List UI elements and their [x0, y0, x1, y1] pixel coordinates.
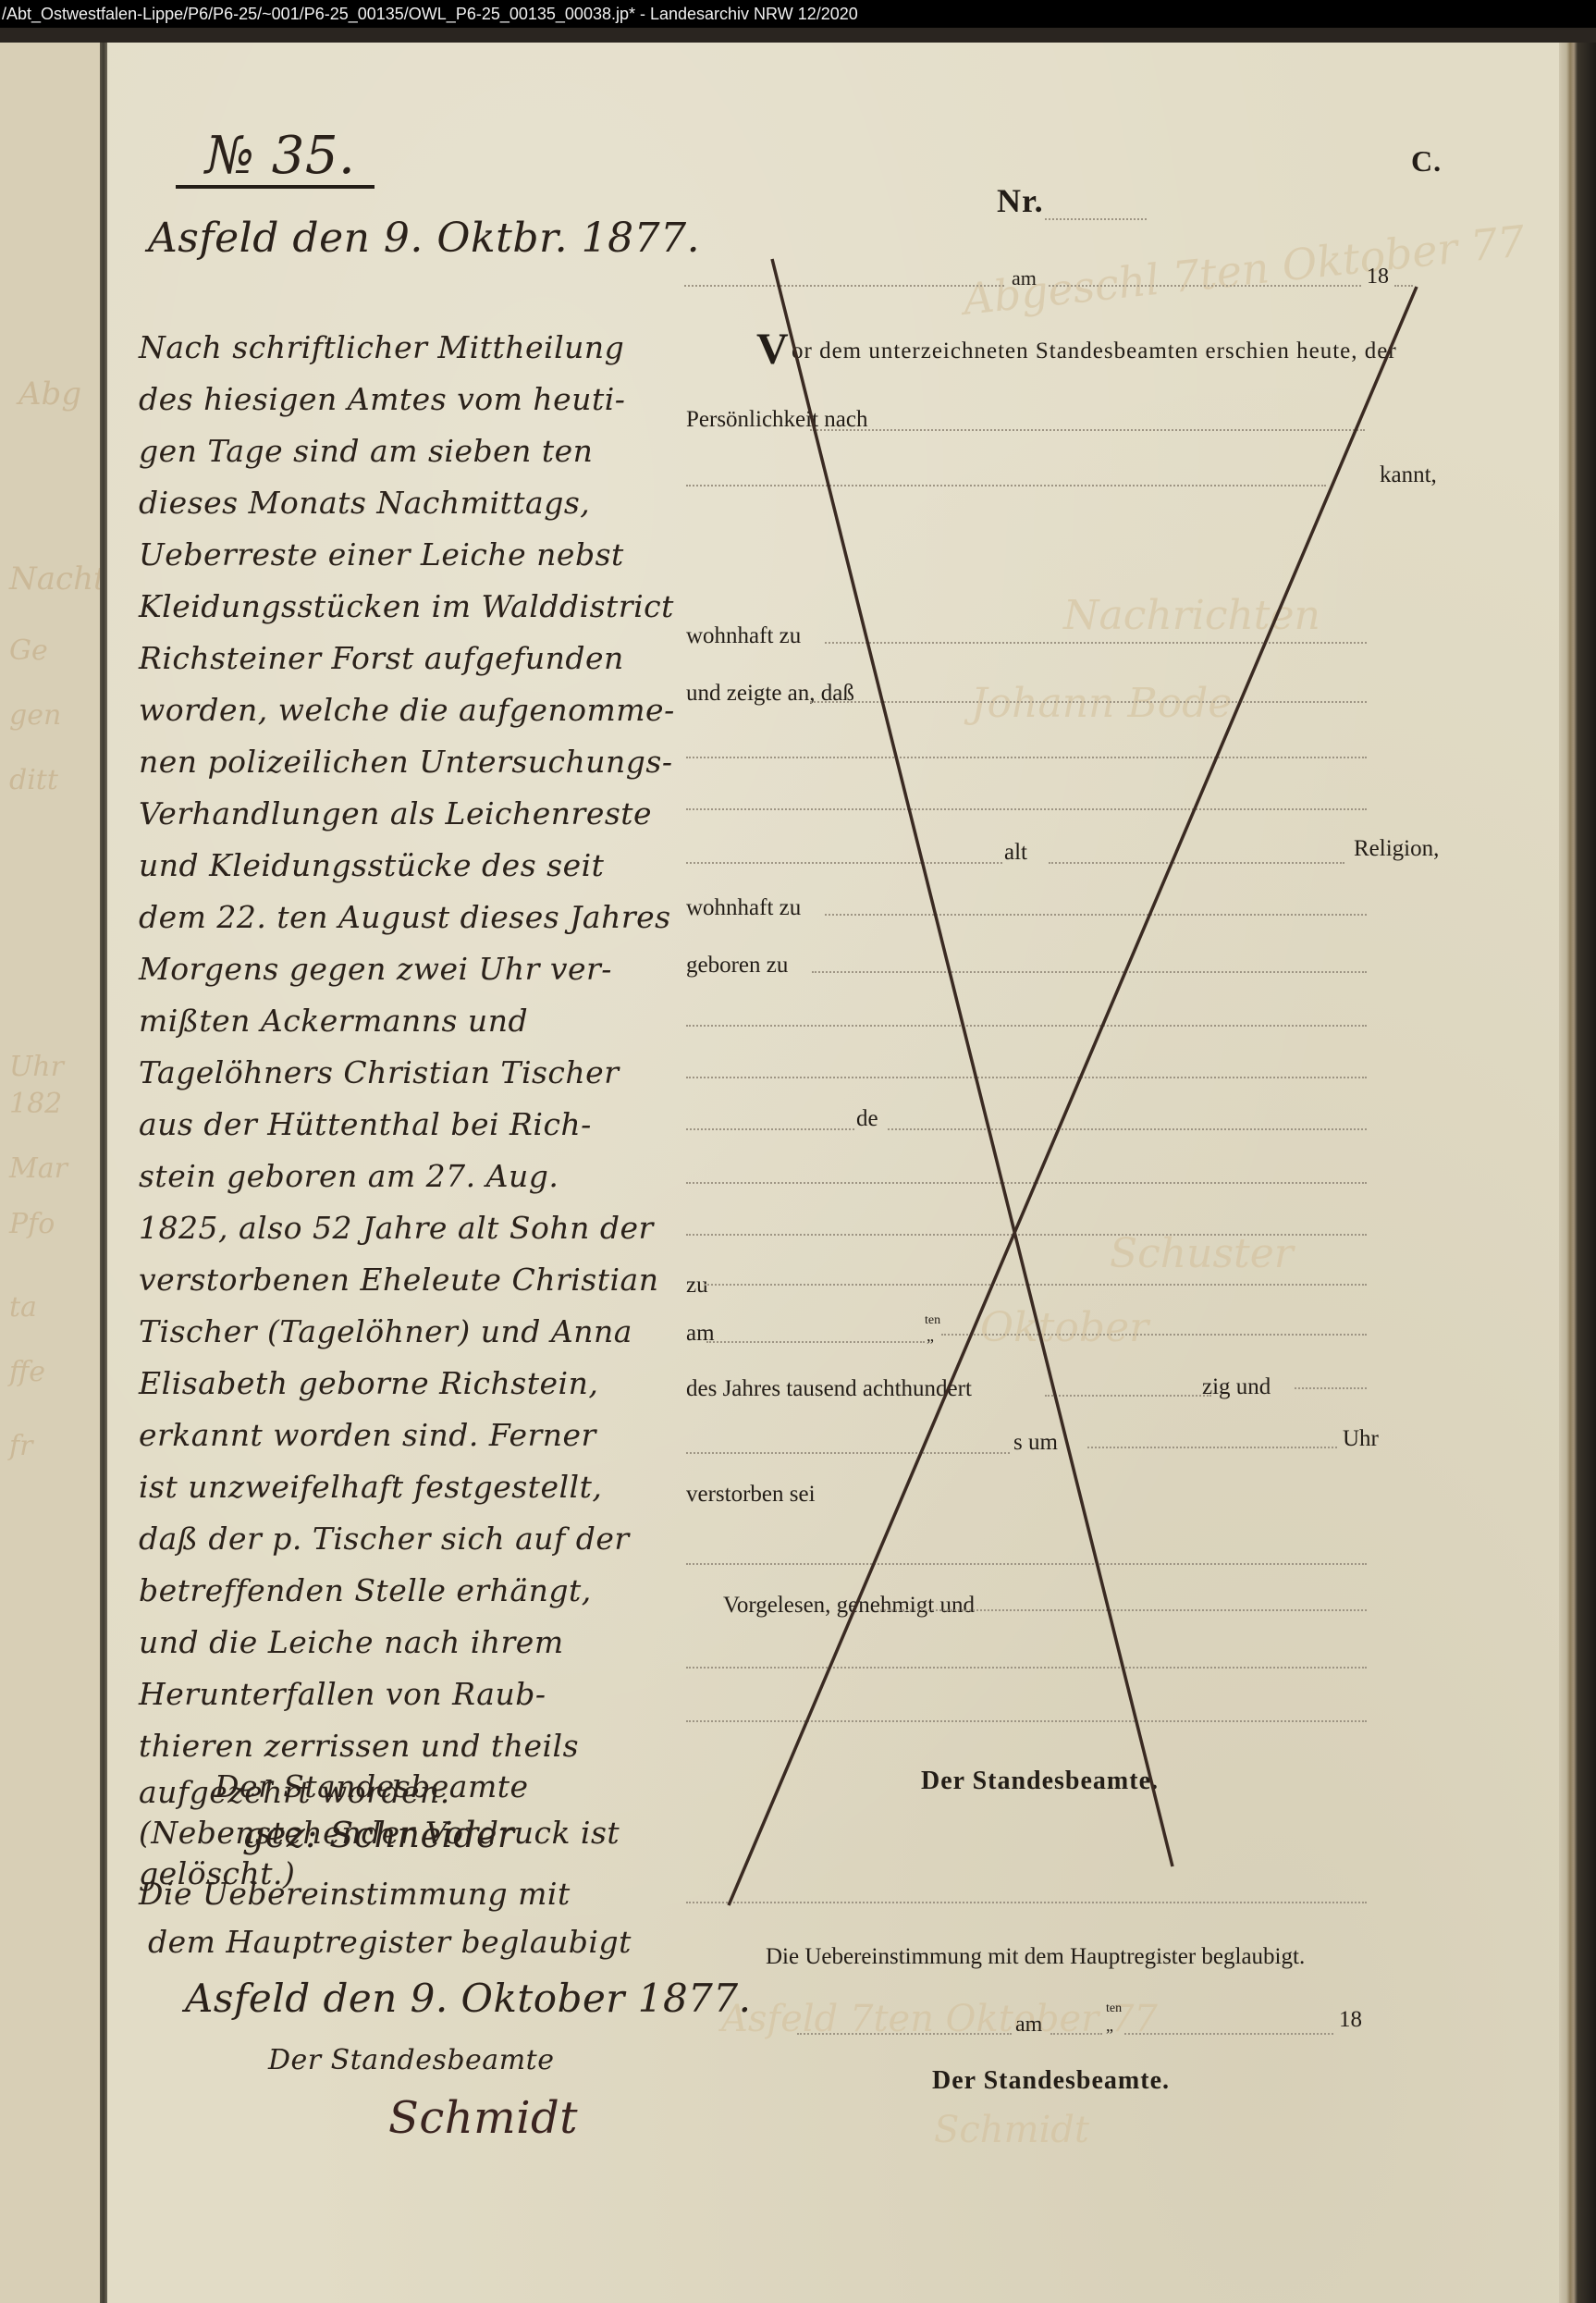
- certification-block-label: Der Standesbeamte.: [932, 2066, 1170, 2096]
- archive-path-bar: /Abt_Ostwestfalen-Lippe/P6/P6-25/~001/P6…: [0, 0, 1596, 28]
- form-blank-line: [686, 1563, 1367, 1565]
- label-uhr: Uhr: [1343, 1426, 1379, 1452]
- form-blank-line: [686, 1667, 1367, 1669]
- form-blank-line: [1394, 285, 1413, 287]
- entry-line: daß der p. Tischer sich auf der: [139, 1513, 675, 1565]
- label-vorgelesen: Vorgelesen, genehmigt und: [723, 1593, 975, 1619]
- left-page-bleed-text: Pfo: [9, 1208, 55, 1240]
- label-wohnhaft-2: wohnhaft zu: [686, 895, 801, 921]
- registrar-title: Der Standesbeamte: [215, 1768, 529, 1804]
- form-blank-line: [1124, 2033, 1333, 2035]
- entry-line: Verhandlungen als Leichenreste: [139, 788, 675, 840]
- bleed-through-text: Oktober: [980, 1304, 1148, 1351]
- form-blank-line: [1295, 1387, 1367, 1389]
- ditto-mark: „: [927, 1326, 934, 1346]
- form-blank-line: [810, 701, 1367, 703]
- archive-path: /Abt_Ostwestfalen-Lippe/P6/P6-25/~001/P6…: [2, 5, 858, 23]
- certification-registrar-title: Der Standesbeamte: [268, 2044, 554, 2076]
- entry-line: betreffenden Stelle erhängt,: [139, 1565, 675, 1617]
- book-gutter: [100, 43, 107, 2303]
- form-blank-line: [686, 1128, 854, 1130]
- form-blank-line: [825, 642, 1367, 644]
- entry-line: verstorbenen Eheleute Christian: [139, 1254, 675, 1306]
- entry-line: Kleidungsstücken im Walddistrict: [139, 581, 675, 633]
- form-blank-line: [705, 1284, 1367, 1286]
- form-blank-line: [706, 1341, 925, 1343]
- certification-place-date: Asfeld den 9. Oktober 1877.: [185, 1976, 751, 2021]
- entry-line: mißten Ackermanns und: [139, 995, 675, 1047]
- label-zig-und: zig und: [1202, 1374, 1271, 1400]
- entry-line: und Kleidungsstücke des seit: [139, 840, 675, 892]
- bleed-through-text: Nachrichten: [1063, 592, 1320, 639]
- entry-line: Tagelöhners Christian Tischer: [139, 1047, 675, 1099]
- entry-line: Ueberreste einer Leiche nebst: [139, 529, 675, 581]
- form-blank-line: [686, 1902, 1367, 1903]
- label-geboren-zu: geboren zu: [686, 953, 788, 979]
- entry-line: aus der Hüttenthal bei Rich-: [139, 1099, 675, 1151]
- registrar-signature: gez: Schneider: [242, 1815, 515, 1855]
- label-am-3: am: [1015, 2013, 1042, 2038]
- entry-line: Tischer (Tagelöhner) und Anna: [139, 1306, 675, 1358]
- form-blank-line: [686, 808, 1367, 810]
- entry-line: Nach schriftlicher Mittheilung: [139, 322, 675, 374]
- form-blank-line: [686, 757, 1367, 758]
- form-blank-line: [686, 485, 1326, 486]
- form-blank-line: [812, 971, 1367, 973]
- entry-line: stein geboren am 27. Aug.: [139, 1151, 675, 1202]
- label-s-um: s um: [1013, 1430, 1058, 1456]
- label-de: de: [856, 1106, 878, 1132]
- entry-line: Richsteiner Forst aufgefunden: [139, 633, 675, 684]
- am-label: am: [1012, 266, 1037, 290]
- left-page-bleed-text: ffe: [9, 1356, 45, 1388]
- bleed-through-text: Schuster: [1110, 1230, 1294, 1277]
- entry-body: Nach schriftlicher Mittheilung des hiesi…: [139, 322, 675, 1894]
- left-page: Abg Nacht Ge gen ditt Uhr 182 Mar Pfo ta…: [0, 43, 100, 2303]
- entry-line: dieses Monats Nachmittags,: [139, 477, 675, 529]
- label-alt: alt: [1004, 840, 1027, 866]
- entry-line: worden, welche die aufgenomme-: [139, 684, 675, 736]
- form-letter: C.: [1411, 144, 1442, 179]
- entry-line: thieren zerrissen und theils: [139, 1720, 675, 1772]
- form-blank-line: [686, 1452, 1010, 1454]
- form-blank-line: [684, 285, 1004, 287]
- form-blank-line: [1045, 1395, 1211, 1397]
- left-page-bleed-text: Ge: [9, 634, 48, 667]
- form-blank-line: [686, 1077, 1367, 1078]
- form-blank-line: [1050, 2033, 1102, 2035]
- label-religion: Religion,: [1354, 836, 1439, 862]
- intro-text: or dem unterzeichneten Standesbeamten er…: [792, 339, 1397, 364]
- label-ten-2: ten: [1106, 2001, 1122, 2016]
- form-blank-line: [825, 914, 1367, 916]
- entry-line: Herunterfallen von Raub-: [139, 1669, 675, 1720]
- entry-line: ist unzweifelhaft festgestellt,: [139, 1461, 675, 1513]
- left-page-bleed-text: Mar: [9, 1152, 68, 1185]
- intro-initial: V: [756, 324, 790, 375]
- bleed-through-text: Johann Bode: [971, 680, 1232, 727]
- entry-line: erkannt worden sind. Ferner: [139, 1410, 675, 1461]
- year-prefix-2: 18: [1339, 2007, 1362, 2033]
- left-page-bleed-text: Uhr: [9, 1051, 64, 1083]
- form-blank-line: [686, 1234, 1367, 1236]
- form-blank-line: [797, 2033, 1012, 2035]
- form-blank-line: [686, 1025, 1367, 1027]
- entry-line: gen Tage sind am sieben ten: [139, 425, 675, 477]
- form-blank-line: [1087, 1447, 1337, 1448]
- left-page-bleed-text: gen: [9, 699, 61, 732]
- entry-place-date: Asfeld den 9. Oktbr. 1877.: [148, 215, 700, 262]
- left-page-bleed-text: 182: [9, 1088, 62, 1120]
- left-page-bleed-text: Nacht: [9, 560, 106, 597]
- form-blank-line: [810, 429, 1365, 431]
- label-uebereinstimmung: Die Uebereinstimmung mit dem Hauptregist…: [766, 1944, 1305, 1970]
- form-blank-line: [686, 1182, 1367, 1184]
- signature-block-label: Der Standesbeamte.: [921, 1767, 1159, 1796]
- form-blank-line: [888, 1128, 1367, 1130]
- certification-line: Die Uebereinstimmung mit: [139, 1876, 571, 1912]
- left-page-bleed-text: Abg: [18, 376, 81, 413]
- entry-line: des hiesigen Amtes vom heuti-: [139, 374, 675, 425]
- form-blank-line: [686, 1720, 1367, 1722]
- label-kannt: kannt,: [1380, 462, 1437, 488]
- entry-line: Elisabeth geborne Richstein,: [139, 1358, 675, 1410]
- entry-line: und die Leiche nach ihrem: [139, 1617, 675, 1669]
- entry-line: 1825, also 52 Jahre alt Sohn der: [139, 1202, 675, 1254]
- certification-signature: Schmidt: [388, 2092, 578, 2144]
- page-edge: [1559, 43, 1596, 2303]
- left-page-bleed-text: ta: [9, 1291, 37, 1324]
- entry-line: Morgens gegen zwei Uhr ver-: [139, 943, 675, 995]
- record-number: № 35.: [205, 126, 355, 186]
- label-jahres: des Jahres tausend achthundert: [686, 1376, 972, 1402]
- label-zu: zu: [686, 1273, 708, 1299]
- year-prefix: 18: [1367, 265, 1389, 289]
- left-page-bleed-text: ditt: [9, 764, 58, 796]
- nr-label: Nr.: [997, 181, 1044, 220]
- form-blank-line: [1049, 285, 1361, 287]
- form-blank-line: [1049, 862, 1344, 864]
- label-wohnhaft-1: wohnhaft zu: [686, 623, 801, 649]
- certification-line: dem Hauptregister beglaubigt: [148, 1924, 632, 1960]
- entry-line: dem 22. ten August dieses Jahres: [139, 892, 675, 943]
- label-verstorben: verstorben sei: [686, 1482, 816, 1508]
- bleed-through-text: Schmidt: [934, 2109, 1089, 2151]
- entry-line: nen polizeilichen Untersuchungs-: [139, 736, 675, 788]
- form-blank-line: [877, 1609, 1367, 1611]
- form-blank-line: [941, 1334, 1367, 1336]
- left-page-bleed-text: fr: [9, 1430, 32, 1462]
- ditto-mark-2: „: [1106, 2016, 1113, 2036]
- form-blank-line: [686, 862, 1002, 864]
- nr-field: [1045, 218, 1147, 220]
- record-number-underline: [176, 185, 374, 189]
